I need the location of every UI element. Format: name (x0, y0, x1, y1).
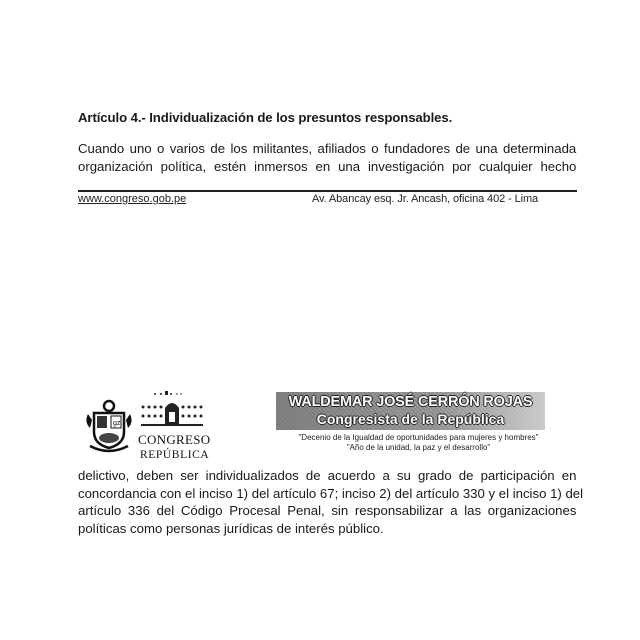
paragraph-line: artículo 336 del Código Procesal Penal, … (78, 502, 576, 520)
motto-decade: "Decenio de la Igualdad de oportunidades… (276, 433, 561, 442)
paragraph-line: políticas como personas jurídicas de int… (78, 520, 576, 538)
footer-address: Av. Abancay esq. Jr. Ancash, oficina 402… (312, 193, 538, 205)
paragraph-line: concordancia con el inciso 1) del artícu… (78, 485, 576, 503)
svg-text:gz: gz (113, 420, 121, 427)
paragraph-line: delictivo, deben ser individualizados de… (78, 467, 576, 485)
article-paragraph-part2: delictivo, deben ser individualizados de… (78, 467, 576, 537)
article-paragraph-part1: Cuando uno o varios de los militantes, a… (78, 140, 576, 175)
republica-logo-text: REPÚBLICA (140, 449, 209, 461)
congreso-logo-text: CONGRESO (138, 432, 210, 448)
motto-year: "Año de la unidad, la paz y el desarroll… (276, 443, 561, 452)
footer-divider (78, 190, 577, 192)
congressman-name: WALDEMAR JOSÉ CERRÓN ROJAS (276, 394, 545, 410)
footer-website-link[interactable]: www.congreso.gob.pe (78, 193, 186, 205)
article-title: Artículo 4.- Individualización de los pr… (78, 110, 452, 125)
paragraph-line: Cuando uno o varios de los militantes, a… (78, 140, 576, 158)
paragraph-line: organización política, estén inmersos en… (78, 158, 576, 176)
peru-coat-of-arms-icon: gz (82, 398, 136, 454)
congressman-name-banner: WALDEMAR JOSÉ CERRÓN ROJAS Congresista d… (276, 392, 545, 430)
congressman-role: Congresista de la República (276, 411, 545, 427)
